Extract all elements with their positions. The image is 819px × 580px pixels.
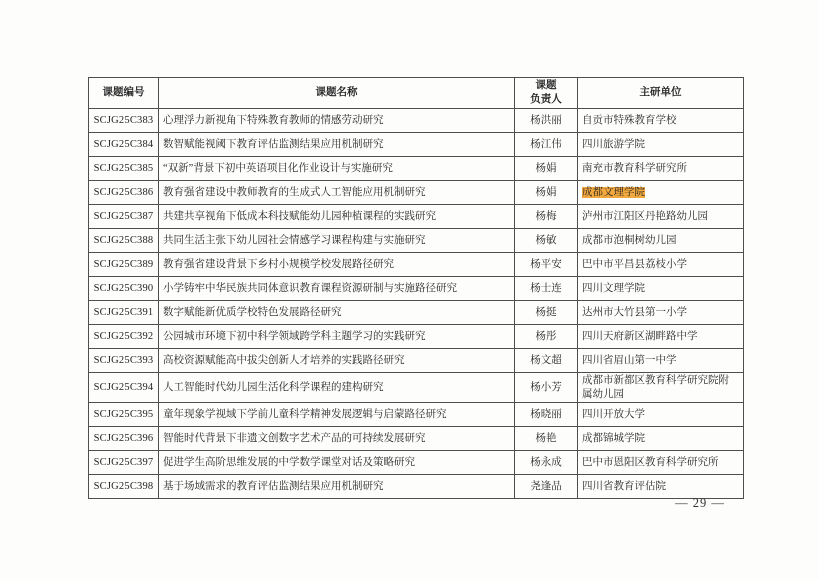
main-unit-text: 巴中市恩阳区教育科学研究所: [582, 457, 719, 468]
project-title-cell: 人工智能时代幼儿园生活化科学课程的建构研究: [159, 373, 515, 403]
project-leader-cell: 杨彤: [515, 325, 578, 349]
table-row: SCJG25C394 人工智能时代幼儿园生活化科学课程的建构研究 杨小芳 成都市…: [89, 373, 744, 403]
project-leader-cell: 杨平安: [515, 253, 578, 277]
project-id-cell: SCJG25C394: [89, 373, 159, 403]
table-row: SCJG25C387 共建共享视角下低成本科技赋能幼儿园种植课程的实践研究 杨梅…: [89, 205, 744, 229]
project-title-cell: 数字赋能新优质学校特色发展路径研究: [159, 301, 515, 325]
project-leader-cell: 杨晓丽: [515, 403, 578, 427]
project-leader-cell: 杨永成: [515, 451, 578, 475]
main-unit-cell: 南充市教育科学研究所: [578, 157, 744, 181]
col-header-project-id: 课题编号: [89, 78, 159, 109]
table-row: SCJG25C396 智能时代背景下非遗文创数字艺术产品的可持续发展研究 杨艳 …: [89, 427, 744, 451]
project-title-cell: 促进学生高阶思维发展的中学数学课堂对话及策略研究: [159, 451, 515, 475]
table-row: SCJG25C388 共同生活主张下幼儿园社会情感学习课程构建与实施研究 杨敏 …: [89, 229, 744, 253]
main-unit-text: 泸州市江阳区丹艳路幼儿园: [582, 211, 708, 222]
project-id-cell: SCJG25C387: [89, 205, 159, 229]
project-title-cell: 基于场域需求的教育评估监测结果应用机制研究: [159, 475, 515, 499]
project-leader-cell: 尧逢品: [515, 475, 578, 499]
main-unit-cell: 成都市泡桐树幼儿园: [578, 229, 744, 253]
project-id-cell: SCJG25C390: [89, 277, 159, 301]
main-unit-text: 四川省眉山第一中学: [582, 355, 677, 366]
project-title-cell: “双新”背景下初中英语项目化作业设计与实施研究: [159, 157, 515, 181]
project-id-cell: SCJG25C384: [89, 133, 159, 157]
main-unit-cell: 成都锦城学院: [578, 427, 744, 451]
col-header-main-unit: 主研单位: [578, 78, 744, 109]
main-unit-text: 成都文理学院: [582, 187, 645, 198]
main-unit-cell: 泸州市江阳区丹艳路幼儿园: [578, 205, 744, 229]
main-unit-cell: 巴中市恩阳区教育科学研究所: [578, 451, 744, 475]
project-id-cell: SCJG25C392: [89, 325, 159, 349]
project-leader-cell: 杨梅: [515, 205, 578, 229]
table-header: 课题编号 课题名称 课题 负责人 主研单位: [89, 78, 744, 109]
main-unit-cell: 四川文理学院: [578, 277, 744, 301]
project-leader-cell: 杨艳: [515, 427, 578, 451]
project-id-cell: SCJG25C385: [89, 157, 159, 181]
project-id-cell: SCJG25C391: [89, 301, 159, 325]
main-unit-text: 四川省教育评估院: [582, 481, 666, 492]
project-leader-cell: 杨娟: [515, 181, 578, 205]
table-row: SCJG25C393 高校资源赋能高中拔尖创新人才培养的实践路径研究 杨文超 四…: [89, 349, 744, 373]
project-id-cell: SCJG25C398: [89, 475, 159, 499]
project-leader-cell: 杨小芳: [515, 373, 578, 403]
project-title-cell: 教育强省建设背景下乡村小规模学校发展路径研究: [159, 253, 515, 277]
table-row: SCJG25C385 “双新”背景下初中英语项目化作业设计与实施研究 杨娟 南充…: [89, 157, 744, 181]
project-id-cell: SCJG25C388: [89, 229, 159, 253]
project-leader-cell: 杨洪丽: [515, 109, 578, 133]
main-unit-text: 四川旅游学院: [582, 139, 645, 150]
project-id-cell: SCJG25C397: [89, 451, 159, 475]
project-title-cell: 心理浮力新视角下特殊教育教师的情感劳动研究: [159, 109, 515, 133]
main-unit-cell: 成都市新都区教育科学研究院附属幼儿园: [578, 373, 744, 403]
project-leader-cell: 杨江伟: [515, 133, 578, 157]
main-unit-text: 四川天府新区湖畔路中学: [582, 331, 698, 342]
table-row: SCJG25C397 促进学生高阶思维发展的中学数学课堂对话及策略研究 杨永成 …: [89, 451, 744, 475]
main-unit-text: 成都市新都区教育科学研究院附属幼儿园: [582, 375, 729, 400]
table-row: SCJG25C391 数字赋能新优质学校特色发展路径研究 杨挺 达州市大竹县第一…: [89, 301, 744, 325]
projects-table: 课题编号 课题名称 课题 负责人 主研单位 SCJG25C383 心理浮力新视角…: [88, 77, 744, 499]
main-unit-text: 成都锦城学院: [582, 433, 645, 444]
project-leader-cell: 杨娟: [515, 157, 578, 181]
project-title-cell: 智能时代背景下非遗文创数字艺术产品的可持续发展研究: [159, 427, 515, 451]
project-title-cell: 高校资源赋能高中拔尖创新人才培养的实践路径研究: [159, 349, 515, 373]
main-unit-cell: 达州市大竹县第一小学: [578, 301, 744, 325]
document-page: 课题编号 课题名称 课题 负责人 主研单位 SCJG25C383 心理浮力新视角…: [0, 0, 819, 580]
project-id-cell: SCJG25C395: [89, 403, 159, 427]
main-unit-text: 自贡市特殊教育学校: [582, 115, 677, 126]
table-row: SCJG25C392 公园城市环境下初中科学领域跨学科主题学习的实践研究 杨彤 …: [89, 325, 744, 349]
project-id-cell: SCJG25C386: [89, 181, 159, 205]
main-unit-cell: 四川省眉山第一中学: [578, 349, 744, 373]
table-row: SCJG25C395 童年现象学视域下学前儿童科学精神发展逻辑与启蒙路径研究 杨…: [89, 403, 744, 427]
main-unit-cell: 四川旅游学院: [578, 133, 744, 157]
project-id-cell: SCJG25C383: [89, 109, 159, 133]
main-unit-text: 南充市教育科学研究所: [582, 163, 687, 174]
project-leader-cell: 杨挺: [515, 301, 578, 325]
main-unit-text: 巴中市平昌县荔枝小学: [582, 259, 687, 270]
project-id-cell: SCJG25C389: [89, 253, 159, 277]
main-unit-cell: 自贡市特殊教育学校: [578, 109, 744, 133]
project-title-cell: 童年现象学视域下学前儿童科学精神发展逻辑与启蒙路径研究: [159, 403, 515, 427]
project-title-cell: 小学铸牢中华民族共同体意识教育课程资源研制与实施路径研究: [159, 277, 515, 301]
project-title-cell: 数智赋能视阈下教育评估监测结果应用机制研究: [159, 133, 515, 157]
main-unit-cell: 四川开放大学: [578, 403, 744, 427]
project-leader-cell: 杨士连: [515, 277, 578, 301]
main-unit-cell: 四川天府新区湖畔路中学: [578, 325, 744, 349]
project-id-cell: SCJG25C396: [89, 427, 159, 451]
page-number: — 29 —: [640, 496, 760, 511]
project-id-cell: SCJG25C393: [89, 349, 159, 373]
project-title-cell: 共建共享视角下低成本科技赋能幼儿园种植课程的实践研究: [159, 205, 515, 229]
main-unit-text: 四川文理学院: [582, 283, 645, 294]
main-unit-text: 成都市泡桐树幼儿园: [582, 235, 677, 246]
project-title-cell: 教育强省建设中教师教育的生成式人工智能应用机制研究: [159, 181, 515, 205]
table-row: SCJG25C383 心理浮力新视角下特殊教育教师的情感劳动研究 杨洪丽 自贡市…: [89, 109, 744, 133]
col-header-project-title: 课题名称: [159, 78, 515, 109]
project-leader-cell: 杨敏: [515, 229, 578, 253]
table-row: SCJG25C390 小学铸牢中华民族共同体意识教育课程资源研制与实施路径研究 …: [89, 277, 744, 301]
project-title-cell: 公园城市环境下初中科学领域跨学科主题学习的实践研究: [159, 325, 515, 349]
main-unit-cell: 巴中市平昌县荔枝小学: [578, 253, 744, 277]
main-unit-text: 达州市大竹县第一小学: [582, 307, 687, 318]
project-leader-cell: 杨文超: [515, 349, 578, 373]
header-row: 课题编号 课题名称 课题 负责人 主研单位: [89, 78, 744, 109]
col-header-project-leader: 课题 负责人: [515, 78, 578, 109]
main-unit-text: 四川开放大学: [582, 409, 645, 420]
project-title-cell: 共同生活主张下幼儿园社会情感学习课程构建与实施研究: [159, 229, 515, 253]
table-row: SCJG25C386 教育强省建设中教师教育的生成式人工智能应用机制研究 杨娟 …: [89, 181, 744, 205]
table-body: SCJG25C383 心理浮力新视角下特殊教育教师的情感劳动研究 杨洪丽 自贡市…: [89, 109, 744, 499]
main-unit-cell: 成都文理学院: [578, 181, 744, 205]
table-row: SCJG25C389 教育强省建设背景下乡村小规模学校发展路径研究 杨平安 巴中…: [89, 253, 744, 277]
table-row: SCJG25C384 数智赋能视阈下教育评估监测结果应用机制研究 杨江伟 四川旅…: [89, 133, 744, 157]
